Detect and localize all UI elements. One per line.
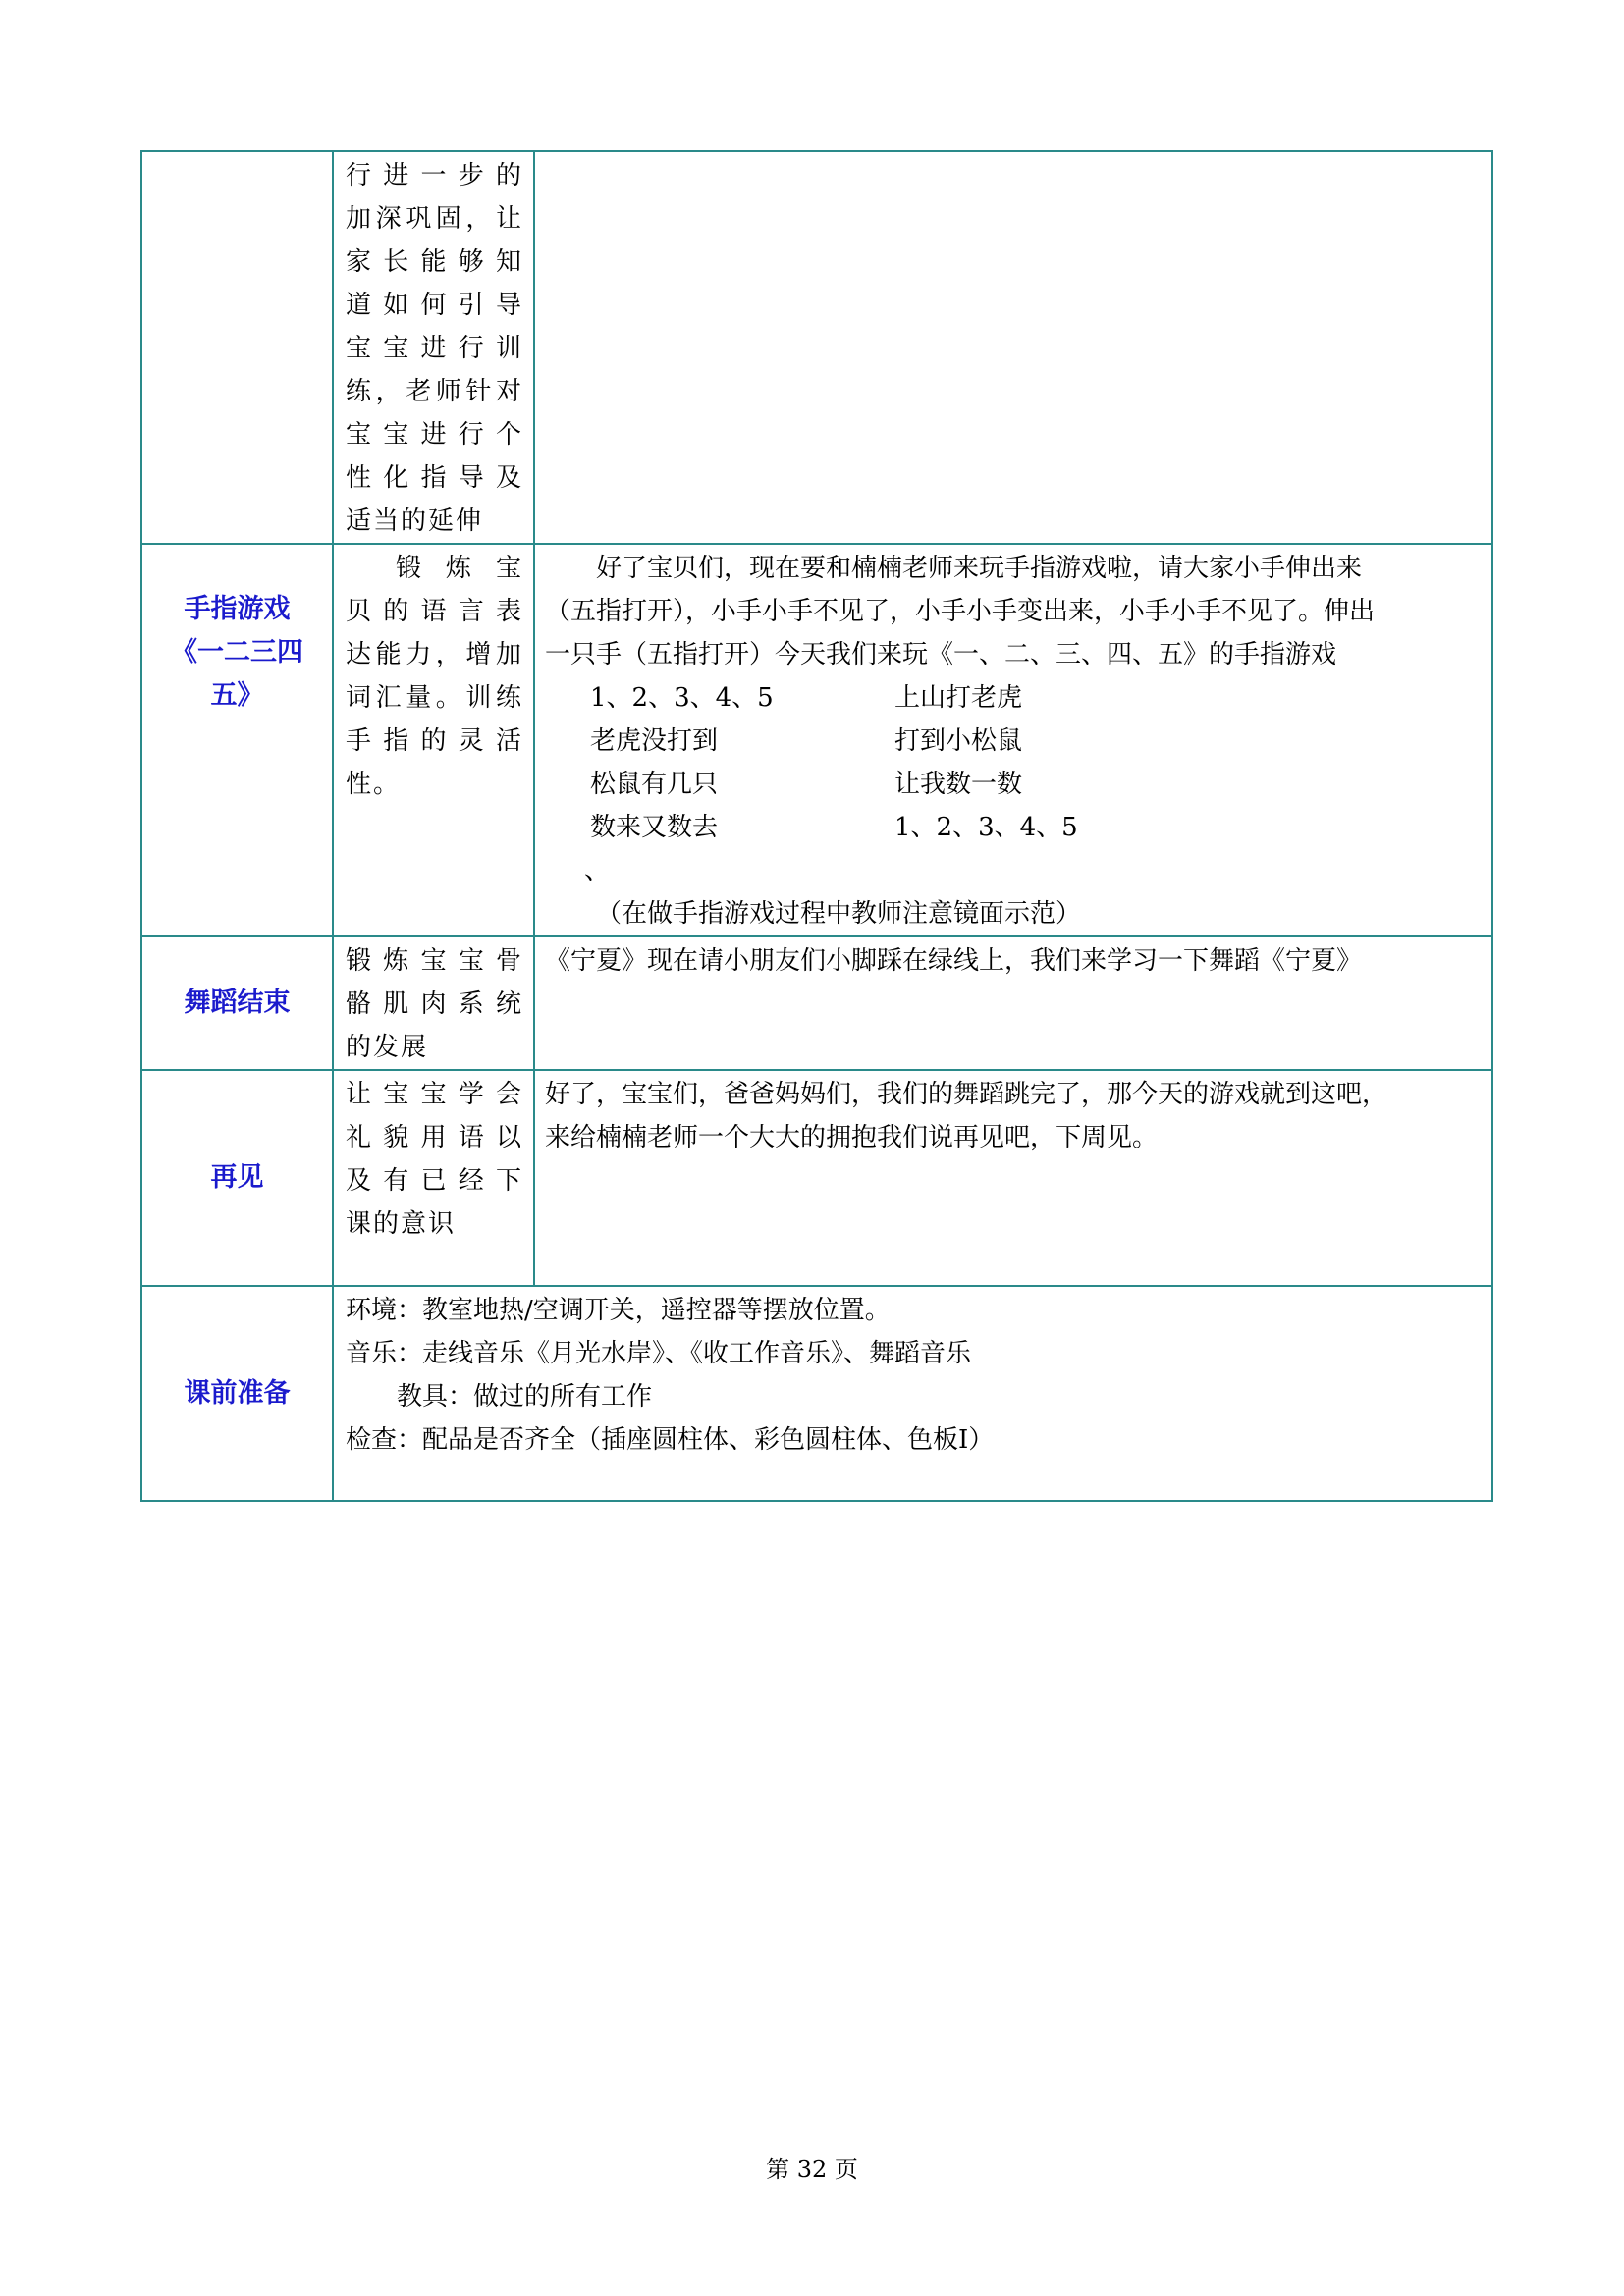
activity-label: 课前准备 <box>142 1372 332 1415</box>
activity-label-cell: 舞蹈结束 <box>141 936 333 1070</box>
goal-line: 行进一步的 <box>346 154 523 197</box>
goal-line: 及有已经下 <box>346 1159 523 1202</box>
prep-line: 教具：做过的所有工作 <box>346 1375 1482 1418</box>
activity-label: 五》 <box>142 674 332 718</box>
rhyme-line: 1、2、3、4、5 <box>590 676 894 720</box>
page-number: 第 32 页 <box>0 2150 1624 2184</box>
goal-line: 适当的延伸 <box>346 500 523 543</box>
content-line: 好了，宝宝们，爸爸妈妈们，我们的舞蹈跳完了，那今天的游戏就到这吧， <box>545 1073 1478 1116</box>
goal-cell: 让宝宝学会 礼貌用语以 及有已经下 课的意识 <box>333 1070 534 1286</box>
goal-line: 锻炼宝 <box>346 547 523 590</box>
goal-line: 骼肌肉系统 <box>346 983 523 1026</box>
prep-line: 音乐：走线音乐《月光水岸》、《收工作音乐》、舞蹈音乐 <box>346 1332 1482 1375</box>
goal-cell: 锻炼宝宝骨 骼肌肉系统 的发展 <box>333 936 534 1070</box>
goal-line: 词汇量。训练 <box>346 676 523 720</box>
content-line: 来给楠楠老师一个大大的拥抱我们说再见吧，下周见。 <box>545 1116 1478 1159</box>
goal-line: 家长能够知 <box>346 240 523 284</box>
content-cell: 《宁夏》现在请小朋友们小脚踩在绿线上，我们来学习一下舞蹈《宁夏》 <box>534 936 1492 1070</box>
rhyme-line: 让我数一数 <box>894 763 1478 806</box>
content-line: 好了宝贝们，现在要和楠楠老师来玩手指游戏啦，请大家小手伸出来 <box>545 547 1478 590</box>
rhyme-line: 上山打老虎 <box>894 676 1478 720</box>
goal-line: 性。 <box>346 763 523 806</box>
activity-label: 舞蹈结束 <box>142 982 332 1025</box>
content-line: 一只手（五指打开）今天我们来玩《一、二、三、四、五》的手指游戏 <box>545 633 1478 676</box>
teacher-note: （在做手指游戏过程中教师注意镜面示范） <box>545 892 1478 935</box>
table-row: 行进一步的 加深巩固，让 家长能够知 道如何引导 宝宝进行训 练，老师针对 宝宝… <box>141 151 1492 544</box>
goal-line: 加深巩固，让 <box>346 197 523 240</box>
lesson-plan-table: 行进一步的 加深巩固，让 家长能够知 道如何引导 宝宝进行训 练，老师针对 宝宝… <box>140 150 1493 1502</box>
goal-line: 宝宝进行训 <box>346 327 523 370</box>
content-line: （五指打开），小手小手不见了，小手小手变出来，小手小手不见了。伸出 <box>545 590 1478 633</box>
table-row: 再见 让宝宝学会 礼貌用语以 及有已经下 课的意识 好了，宝宝们，爸爸妈妈们，我… <box>141 1070 1492 1286</box>
goal-line: 宝宝进行个 <box>346 413 523 456</box>
rhyme-line: 打到小松鼠 <box>894 720 1478 763</box>
goal-line: 达能力，增加 <box>346 633 523 676</box>
preparation-cell: 环境：教室地热/空调开关，遥控器等摆放位置。 音乐：走线音乐《月光水岸》、《收工… <box>333 1286 1492 1501</box>
activity-label: 手指游戏 <box>142 588 332 631</box>
goal-line: 性化指导及 <box>346 456 523 500</box>
goal-line: 课的意识 <box>346 1202 523 1246</box>
goal-line: 贝的语言表 <box>346 590 523 633</box>
rhyme-line: 1、2、3、4、5 <box>894 806 1478 849</box>
activity-label: 《一二三四 <box>142 631 332 674</box>
rhyme-line: 数来又数去 <box>590 806 894 849</box>
table-row: 课前准备 环境：教室地热/空调开关，遥控器等摆放位置。 音乐：走线音乐《月光水岸… <box>141 1286 1492 1501</box>
goal-line: 练，老师针对 <box>346 370 523 413</box>
activity-label-cell: 课前准备 <box>141 1286 333 1501</box>
stray-mark: 、 <box>545 849 1478 892</box>
table-row: 舞蹈结束 锻炼宝宝骨 骼肌肉系统 的发展 《宁夏》现在请小朋友们小脚踩在绿线上，… <box>141 936 1492 1070</box>
rhyme-line: 老虎没打到 <box>590 720 894 763</box>
goal-cell: 行进一步的 加深巩固，让 家长能够知 道如何引导 宝宝进行训 练，老师针对 宝宝… <box>333 151 534 544</box>
content-cell <box>534 151 1492 544</box>
activity-label-cell: 再见 <box>141 1070 333 1286</box>
prep-line: 检查：配品是否齐全（插座圆柱体、彩色圆柱体、色板Ⅰ） <box>346 1418 1482 1462</box>
content-cell: 好了，宝宝们，爸爸妈妈们，我们的舞蹈跳完了，那今天的游戏就到这吧， 来给楠楠老师… <box>534 1070 1492 1286</box>
goal-cell: 锻炼宝 贝的语言表 达能力，增加 词汇量。训练 手指的灵活 性。 <box>333 544 534 936</box>
finger-game-rhyme: 1、2、3、4、5 上山打老虎 老虎没打到 打到小松鼠 松鼠有几只 让我数一数 … <box>545 676 1478 849</box>
goal-line: 让宝宝学会 <box>346 1073 523 1116</box>
goal-line: 锻炼宝宝骨 <box>346 939 523 983</box>
table-row: 手指游戏 《一二三四 五》 锻炼宝 贝的语言表 达能力，增加 词汇量。训练 手指… <box>141 544 1492 936</box>
activity-label-cell: 手指游戏 《一二三四 五》 <box>141 544 333 936</box>
content-line: 《宁夏》现在请小朋友们小脚踩在绿线上，我们来学习一下舞蹈《宁夏》 <box>545 939 1478 983</box>
activity-label: 再见 <box>142 1156 332 1200</box>
rhyme-line: 松鼠有几只 <box>590 763 894 806</box>
goal-line: 手指的灵活 <box>346 720 523 763</box>
goal-line: 的发展 <box>346 1026 523 1069</box>
goal-line: 礼貌用语以 <box>346 1116 523 1159</box>
content-cell: 好了宝贝们，现在要和楠楠老师来玩手指游戏啦，请大家小手伸出来 （五指打开），小手… <box>534 544 1492 936</box>
activity-label-cell <box>141 151 333 544</box>
prep-line: 环境：教室地热/空调开关，遥控器等摆放位置。 <box>346 1289 1482 1332</box>
goal-line: 道如何引导 <box>346 284 523 327</box>
